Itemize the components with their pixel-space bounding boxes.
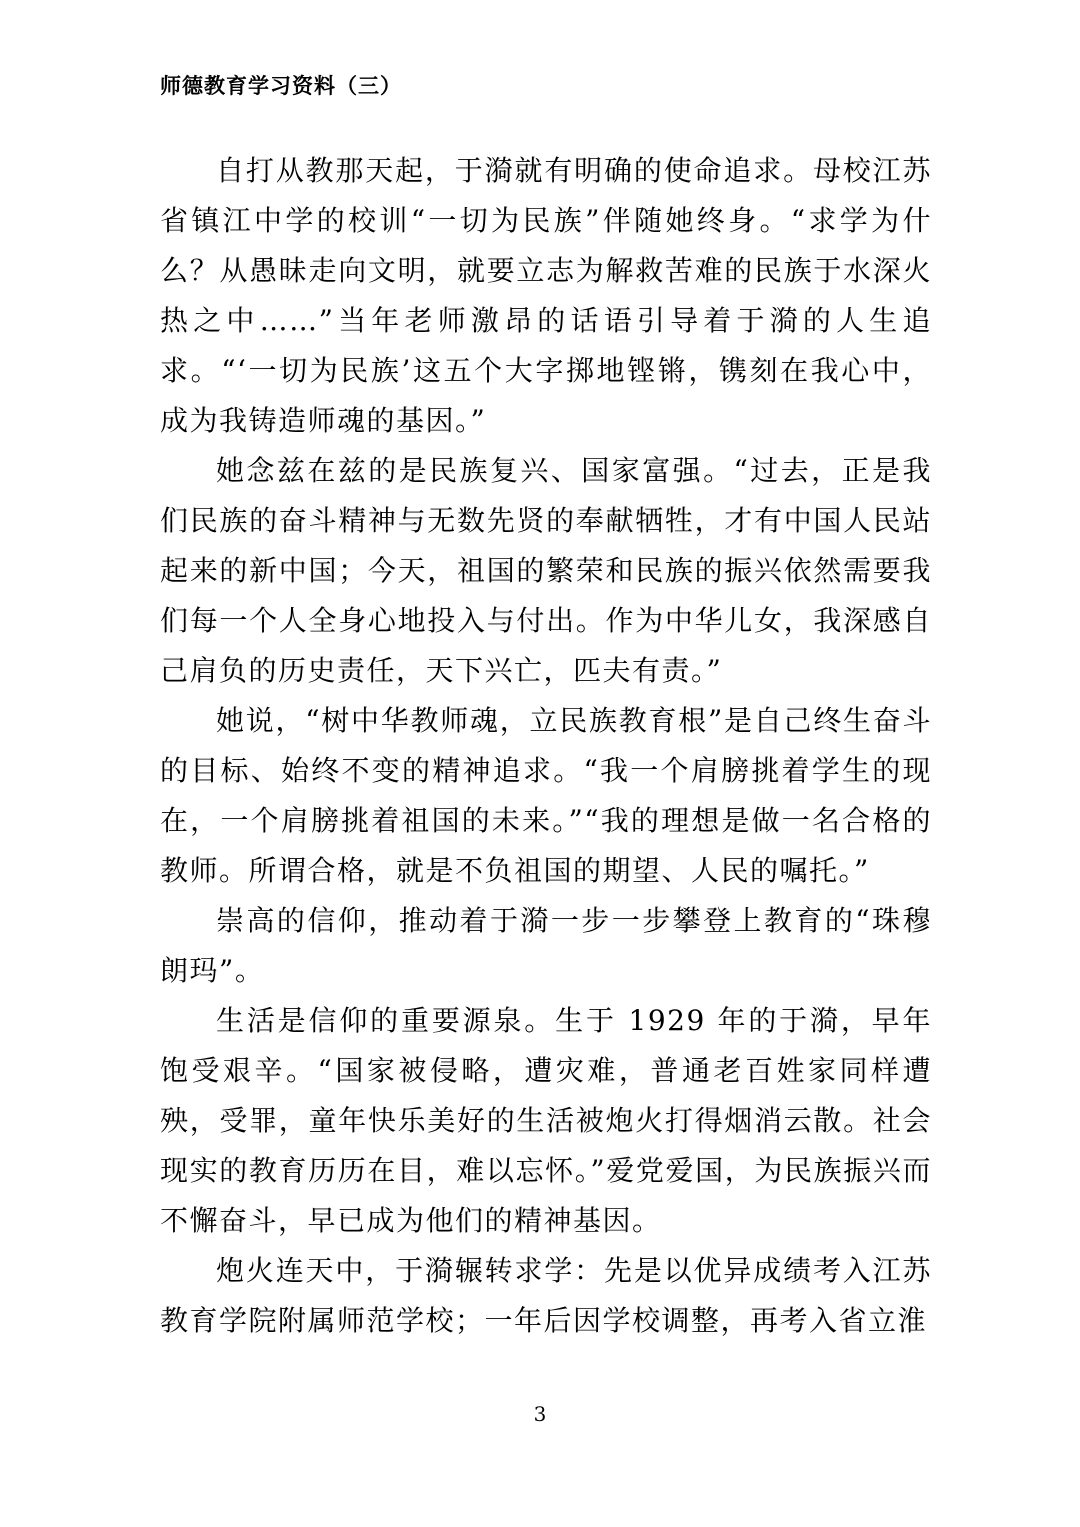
document-body: 自打从教那天起，于漪就有明确的使命追求。母校江苏省镇江中学的校训“一切为民族”伴… <box>160 146 932 1346</box>
paragraph-6: 炮火连天中，于漪辗转求学：先是以优异成绩考入江苏教育学院附属师范学校；一年后因学… <box>160 1246 932 1346</box>
paragraph-3: 她说，“树中华教师魂，立民族教育根”是自己终生奋斗的目标、始终不变的精神追求。“… <box>160 696 932 896</box>
document-header-title: 师德教育学习资料（三） <box>160 70 402 100</box>
paragraph-2: 她念兹在兹的是民族复兴、国家富强。“过去，正是我们民族的奋斗精神与无数先贤的奉献… <box>160 446 932 696</box>
document-page: 师德教育学习资料（三） 自打从教那天起，于漪就有明确的使命追求。母校江苏省镇江中… <box>0 0 1080 1527</box>
paragraph-1: 自打从教那天起，于漪就有明确的使命追求。母校江苏省镇江中学的校训“一切为民族”伴… <box>160 146 932 446</box>
paragraph-5: 生活是信仰的重要源泉。生于 1929 年的于漪，早年饱受艰辛。“国家被侵略，遭灾… <box>160 996 932 1246</box>
page-number: 3 <box>0 1402 1080 1426</box>
paragraph-4: 崇高的信仰，推动着于漪一步一步攀登上教育的“珠穆朗玛”。 <box>160 896 932 996</box>
